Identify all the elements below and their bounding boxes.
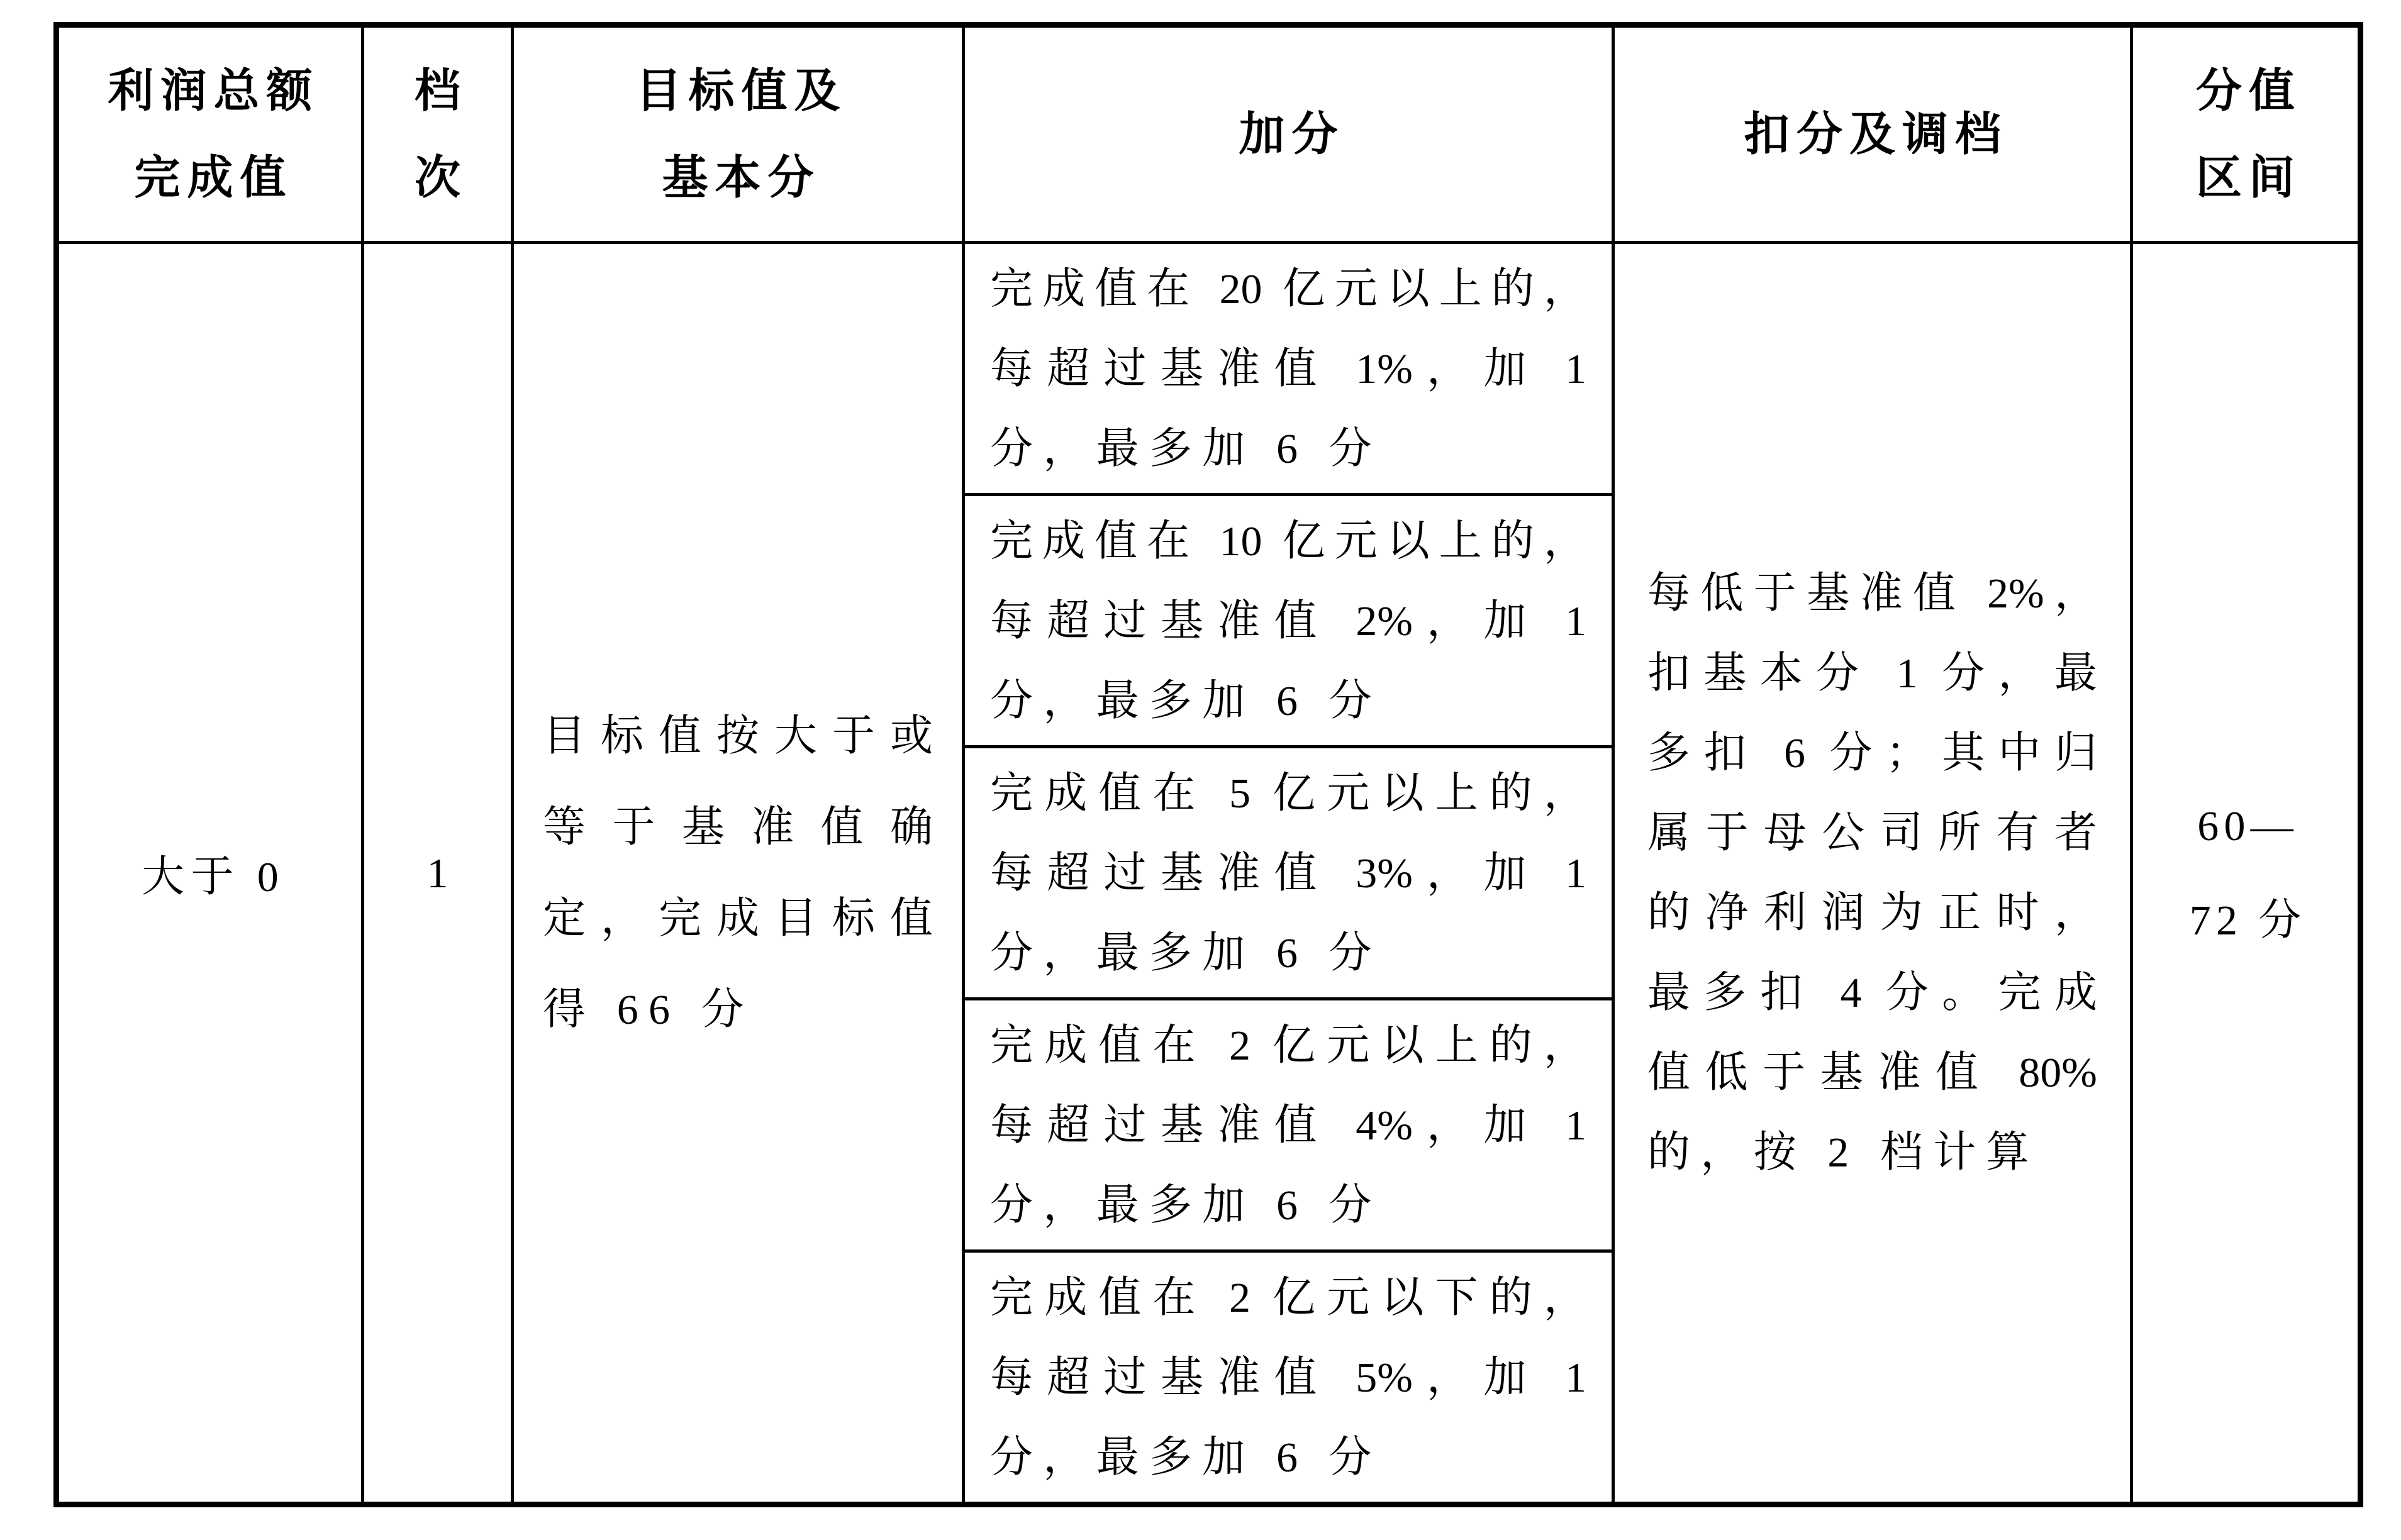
target-line: 定，完成目标值	[543, 873, 933, 964]
bonus-line: 每超过基准值 5%，加 1	[990, 1338, 1586, 1417]
profit-scoring-table: 利润总额 完成值 档 次 目标值及 基本分 加分 扣分及调档 分值 区间 大于 …	[53, 22, 2363, 1507]
body-tier-value: 1	[361, 244, 511, 1502]
header-score-range-line1: 分值	[2189, 48, 2302, 135]
deduction-line: 值低于基准值 80%	[1647, 1033, 2097, 1112]
header-bonus-label: 加分	[1232, 91, 1345, 178]
bonus-line: 完成值在 10 亿元以上的，	[990, 501, 1586, 581]
header-profit-completion-line2: 完成值	[128, 135, 293, 221]
bonus-subrow-2: 完成值在 10 亿元以上的， 每超过基准值 2%，加 1 分，最多加 6 分	[965, 493, 1612, 745]
deduction-line: 每低于基准值 2%，	[1647, 553, 2097, 633]
header-tier: 档 次	[361, 28, 511, 244]
target-line: 目标值按大于或	[543, 690, 933, 782]
header-score-range: 分值 区间	[2130, 28, 2358, 244]
body-score-range: 60— 72 分	[2130, 244, 2358, 1502]
header-target-basic: 目标值及 基本分	[511, 28, 962, 244]
deduction-line: 的净利润为正时，	[1647, 873, 2097, 953]
deduction-line: 的，按 2 档计算	[1647, 1112, 2097, 1192]
header-bonus: 加分	[962, 28, 1612, 244]
header-deduction-label: 扣分及调档	[1737, 91, 2008, 178]
body-target-basic: 目标值按大于或 等于基准值确 定，完成目标值 得 66 分	[511, 244, 962, 1502]
header-profit-completion: 利润总额 完成值	[59, 28, 361, 244]
bonus-line: 每超过基准值 1%，加 1	[990, 329, 1586, 409]
bonus-line: 完成值在 2 亿元以下的，	[990, 1258, 1586, 1338]
target-line: 等于基准值确	[543, 782, 933, 873]
bonus-line: 分，最多加 6 分	[990, 1165, 1586, 1245]
bonus-line: 完成值在 2 亿元以上的，	[990, 1005, 1586, 1085]
deduction-line: 属于母公司所有者	[1647, 793, 2097, 873]
header-tier-line2: 次	[408, 135, 467, 221]
bonus-line: 分，最多加 6 分	[990, 409, 1586, 489]
bonus-subrow-1: 完成值在 20 亿元以上的， 每超过基准值 1%，加 1 分，最多加 6 分	[965, 244, 1612, 493]
header-target-basic-line2: 基本分	[655, 135, 821, 221]
deduction-line: 最多扣 4 分。完成	[1647, 953, 2097, 1033]
score-range-line1: 60—	[2133, 778, 2358, 873]
bonus-line: 每超过基准值 2%，加 1	[990, 581, 1586, 661]
header-profit-completion-line1: 利润总额	[101, 48, 320, 135]
body-bonus: 完成值在 20 亿元以上的， 每超过基准值 1%，加 1 分，最多加 6 分 完…	[962, 244, 1612, 1502]
bonus-line: 分，最多加 6 分	[990, 661, 1586, 741]
bonus-subrow-4: 完成值在 2 亿元以上的， 每超过基准值 4%，加 1 分，最多加 6 分	[965, 997, 1612, 1249]
bonus-line: 分，最多加 6 分	[990, 1417, 1586, 1497]
target-line: 得 66 分	[543, 964, 933, 1055]
bonus-subrow-5: 完成值在 2 亿元以下的， 每超过基准值 5%，加 1 分，最多加 6 分	[965, 1249, 1612, 1502]
header-target-basic-line1: 目标值及	[629, 48, 847, 135]
deduction-line: 多扣 6 分；其中归	[1647, 713, 2097, 793]
tier-value-text: 1	[420, 848, 454, 898]
body-deduction: 每低于基准值 2%， 扣基本分 1 分，最 多扣 6 分；其中归 属于母公司所有…	[1612, 244, 2130, 1502]
profit-value-text: 大于 0	[135, 843, 285, 904]
bonus-line: 完成值在 5 亿元以上的，	[990, 753, 1586, 833]
bonus-line: 每超过基准值 3%，加 1	[990, 833, 1586, 913]
scanned-document-page: 利润总额 完成值 档 次 目标值及 基本分 加分 扣分及调档 分值 区间 大于 …	[0, 0, 2401, 1540]
header-tier-line1: 档	[408, 48, 467, 135]
header-deduction: 扣分及调档	[1612, 28, 2130, 244]
bonus-line: 分，最多加 6 分	[990, 913, 1586, 993]
header-score-range-line2: 区间	[2189, 135, 2302, 221]
deduction-line: 扣基本分 1 分，最	[1647, 633, 2097, 713]
score-range-line2: 72 分	[2133, 873, 2358, 967]
bonus-subrow-3: 完成值在 5 亿元以上的， 每超过基准值 3%，加 1 分，最多加 6 分	[965, 745, 1612, 997]
bonus-line: 每超过基准值 4%，加 1	[990, 1085, 1586, 1165]
body-profit-value: 大于 0	[59, 244, 361, 1502]
bonus-line: 完成值在 20 亿元以上的，	[990, 249, 1586, 329]
